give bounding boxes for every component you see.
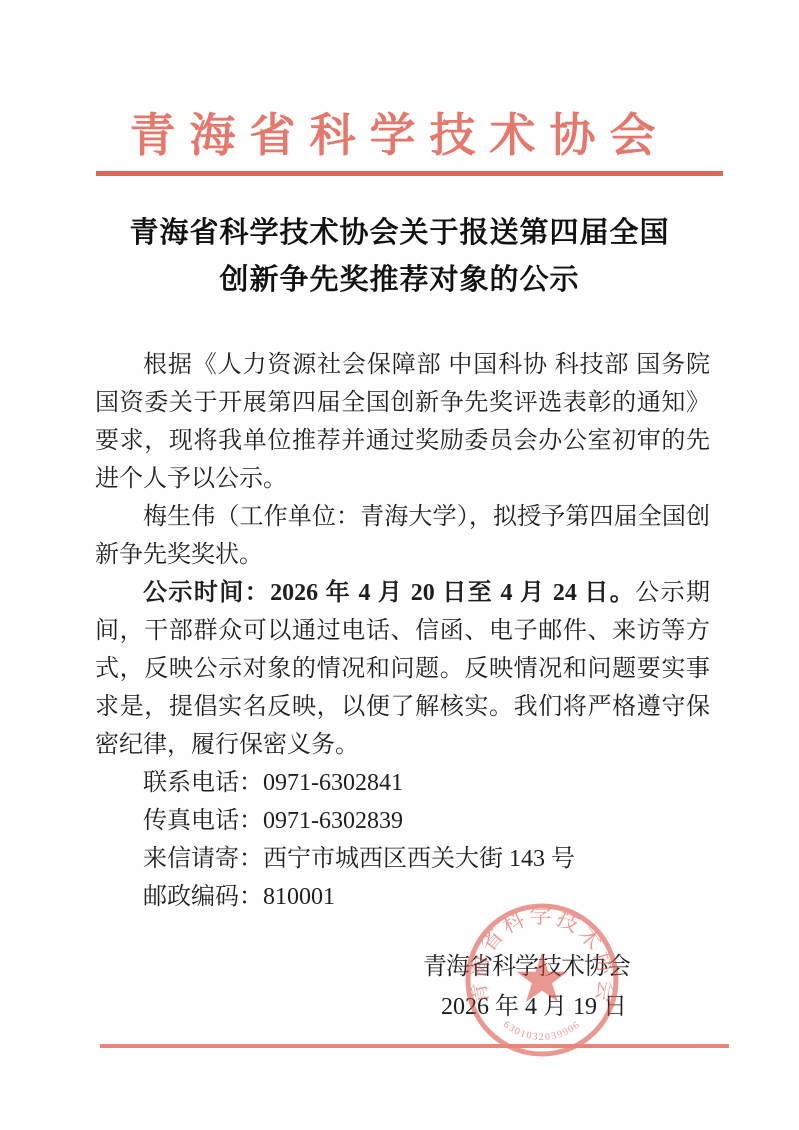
text-run: 公示期间，干部群众可以通过电话、信函、电子邮件、来访等方式，反映公示对象的情况和… [95,580,710,758]
body-paragraph: 梅生伟（工作单位：青海大学），拟授予第四届全国创新争先奖奖状。 [95,498,710,574]
contact-line: 联系电话：0971-6302841 [95,764,710,802]
contact-lines: 联系电话：0971-6302841传真电话：0971-6302839来信请寄：西… [95,764,710,916]
contact-line: 邮政编码：810001 [95,878,710,916]
contact-line: 传真电话：0971-6302839 [95,802,710,840]
letterhead-org-name: 青海省科学技术协会 [0,0,799,159]
contact-line: 来信请寄：西宁市城西区西关大街 143 号 [95,840,710,878]
signature-org-name: 青海省科学技术协会 [423,948,630,986]
document-title-line-2: 创新争先奖推荐对象的公示 [0,257,799,304]
signature-date: 2026 年 4 月 19 日 [441,988,627,1026]
letterhead-rule [96,171,723,176]
document-body: 根据《人力资源社会保障部 中国科协 科技部 国务院国资委关于开展第四届全国创新争… [95,346,710,916]
document-title: 青海省科学技术协会关于报送第四届全国 创新争先奖推荐对象的公示 [0,210,799,304]
text-run: 根据《人力资源社会保障部 中国科协 科技部 国务院国资委关于开展第四届全国创新争… [95,352,710,492]
body-paragraph: 公示时间：2026 年 4 月 20 日至 4 月 24 日。公示期间，干部群众… [95,574,710,764]
text-run: 梅生伟（工作单位：青海大学），拟授予第四届全国创新争先奖奖状。 [95,504,710,568]
body-paragraphs: 根据《人力资源社会保障部 中国科协 科技部 国务院国资委关于开展第四届全国创新争… [95,346,710,764]
bold-text-run: 公示时间：2026 年 4 月 20 日至 4 月 24 日。 [143,580,635,606]
document-title-line-1: 青海省科学技术协会关于报送第四届全国 [0,210,799,257]
footer-rule [100,1044,729,1048]
body-paragraph: 根据《人力资源社会保障部 中国科协 科技部 国务院国资委关于开展第四届全国创新争… [95,346,710,498]
document-page: 青海省科学技术协会 青海省科学技术协会关于报送第四届全国 创新争先奖推荐对象的公… [0,0,799,1130]
